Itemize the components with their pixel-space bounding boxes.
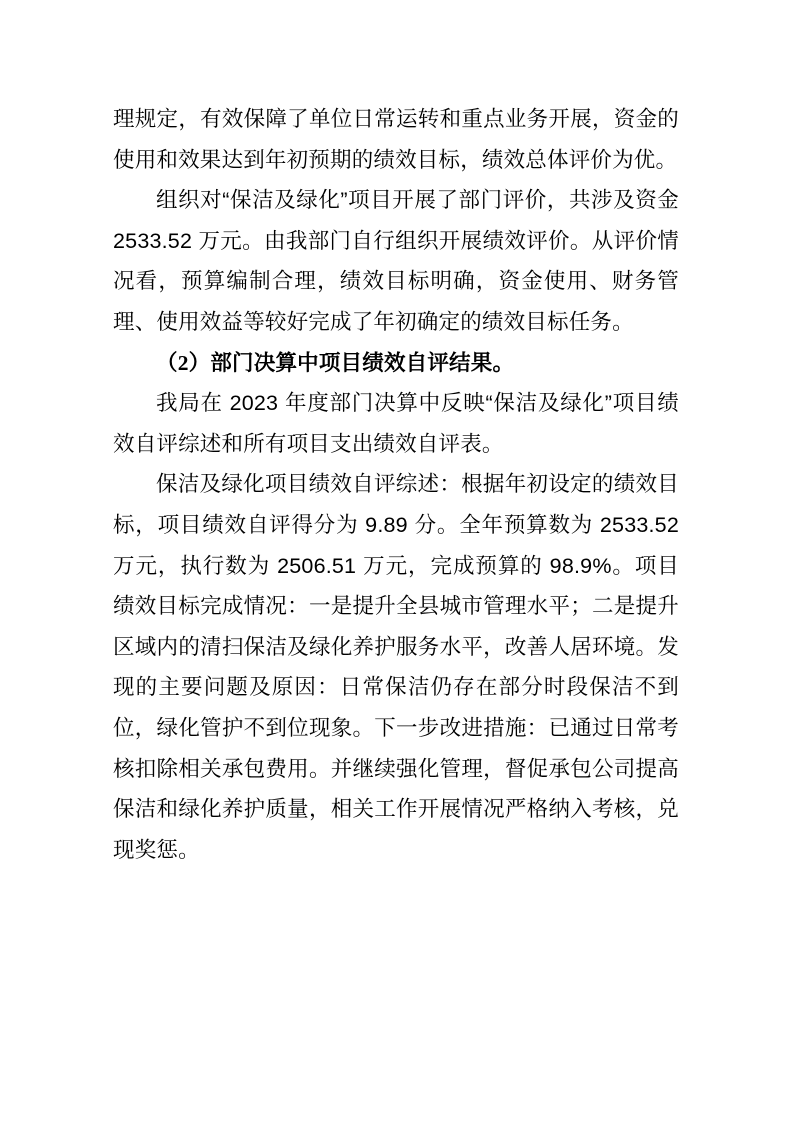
paragraph-continuation: 理规定，有效保障了单位日常运转和重点业务开展，资金的使用和效果达到年初预期的绩效… (113, 99, 679, 180)
paragraph-self-evaluation-summary: 保洁及绿化项目绩效自评综述：根据年初设定的绩效目标，项目绩效自评得分为 9.89… (113, 464, 679, 870)
paragraph-annual-final-accounts: 我局在 2023 年度部门决算中反映“保洁及绿化”项目绩效自评综述和所有项目支出… (113, 383, 679, 464)
paragraph-department-evaluation: 组织对“保洁及绿化”项目开展了部门评价，共涉及资金 2533.52 万元。由我部… (113, 180, 679, 342)
document-page: 理规定，有效保障了单位日常运转和重点业务开展，资金的使用和效果达到年初预期的绩效… (0, 0, 794, 1122)
document-text-block: 理规定，有效保障了单位日常运转和重点业务开展，资金的使用和效果达到年初预期的绩效… (113, 99, 679, 870)
heading-self-evaluation-result: （2）部门决算中项目绩效自评结果。 (113, 343, 679, 384)
